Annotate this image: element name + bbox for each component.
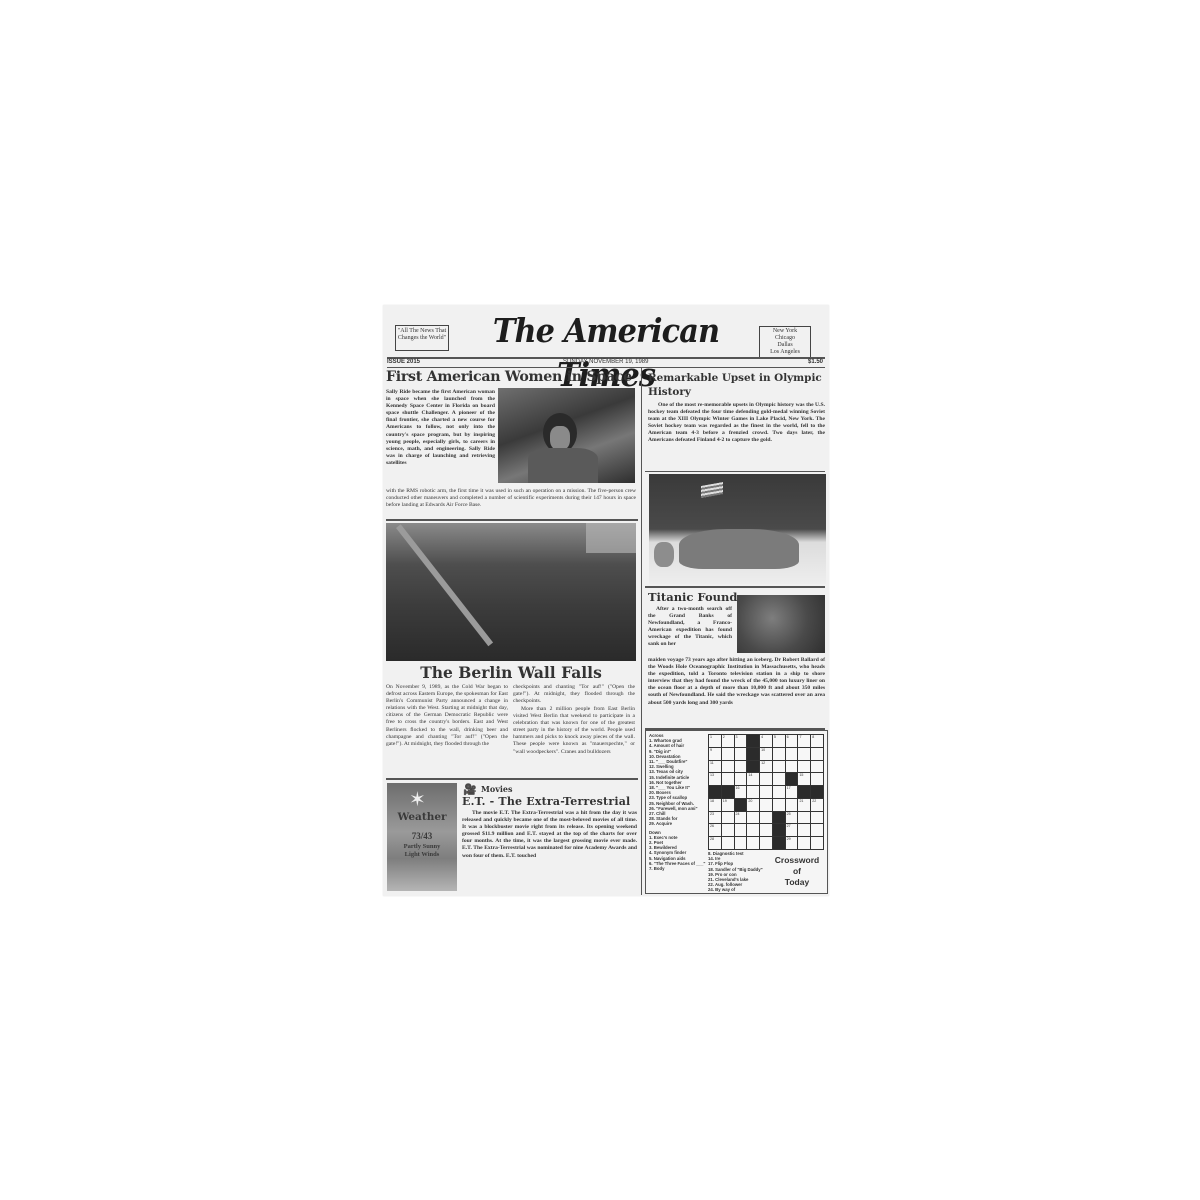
crossword-cell[interactable]: 9 [709,748,721,760]
crossword-across-clues: Across 1. Wharton grad4. Amount of hair9… [649,733,707,871]
issue-number: ISSUE 2015 [387,359,420,365]
crossword-cell[interactable] [760,773,772,785]
titanic-headline: Titanic Found [648,590,737,605]
issue-price: $1.50 [808,359,823,365]
crossword-cell[interactable] [722,837,734,849]
crossword-black-cell [786,773,798,785]
crossword-cell[interactable] [722,748,734,760]
crossword-cell[interactable] [786,761,798,773]
berlin-body-col1: On November 9, 1989, as the Cold War beg… [386,684,508,748]
crossword-cell[interactable] [798,761,810,773]
crossword-box: Across 1. Wharton grad4. Amount of hair9… [645,730,828,894]
crossword-cell[interactable]: 5 [773,735,785,747]
city: Chicago [760,335,810,342]
movies-section-label: Movies [481,784,512,794]
crossword-cell[interactable]: 1 [709,735,721,747]
crossword-cell[interactable]: 23 [709,812,721,824]
crossword-cell[interactable]: 3 [735,735,747,747]
crossword-cell[interactable] [773,748,785,760]
crossword-grid[interactable]: 1234567891011121314151617181920212223242… [708,734,824,850]
titanic-body-top: After a two-month search off the Grand B… [648,606,732,649]
crossword-black-cell [747,735,759,747]
crossword-black-cell [747,748,759,760]
section-rule [386,519,638,521]
crossword-cell[interactable] [735,824,747,836]
space-headline: First American Women in Space [386,368,638,386]
crossword-black-cell [811,786,823,798]
crossword-cell[interactable] [786,748,798,760]
olympic-headline: Remarkable Upset in Olympic History [648,371,826,399]
across-list: 1. Wharton grad4. Amount of hair9. "Dig … [649,738,707,826]
berlin-headline: The Berlin Wall Falls [386,663,636,683]
crossword-black-cell [747,761,759,773]
crossword-cell[interactable]: 6 [786,735,798,747]
crossword-cell[interactable] [773,773,785,785]
crossword-cell[interactable]: 8 [811,735,823,747]
crossword-cell[interactable]: 20 [747,799,759,811]
weather-wind: Light Winds [387,851,457,858]
crossword-cell[interactable]: 24 [735,812,747,824]
crossword-cell[interactable]: 13 [709,773,721,785]
crossword-cell[interactable]: 18 [709,799,721,811]
crossword-cell[interactable]: 16 [735,786,747,798]
crossword-cell[interactable] [760,812,772,824]
weather-title: Weather [387,811,457,823]
crossword-cell[interactable] [798,748,810,760]
movie-headline: E.T. - The Extra-Terrestrial [462,795,638,809]
crossword-cell[interactable] [811,824,823,836]
across-clue: 29. Acquire [649,821,707,826]
space-body-top: Sally Ride became the first American wom… [386,389,495,467]
column-divider [641,368,642,895]
crossword-cell[interactable]: 7 [798,735,810,747]
down-list: 1. Exec's note2. Poet3. Bewildered4. Syn… [649,835,707,871]
crossword-cell[interactable] [811,748,823,760]
city: New York [760,328,810,335]
issue-date: SUNDAY NOVEMBER 19, 1989 [563,359,648,365]
cities-box: New York Chicago Dallas Los Angeles [759,326,811,358]
crossword-cell[interactable]: 19 [722,799,734,811]
crossword-cell[interactable] [735,773,747,785]
crossword-cell[interactable]: 10 [760,748,772,760]
city: Dallas [760,342,810,349]
crossword-cell[interactable] [722,761,734,773]
crossword-black-cell [722,786,734,798]
crossword-cell[interactable] [798,824,810,836]
crossword-cell[interactable] [798,812,810,824]
crossword-cell[interactable] [735,761,747,773]
slogan-box: "All The News That Changes the World" [395,325,449,351]
section-rule [386,778,638,780]
astronaut-photo [498,388,635,483]
crossword-cell[interactable] [722,773,734,785]
crossword-black-cell [709,786,721,798]
crossword-cell[interactable] [760,799,772,811]
section-rule [645,586,825,588]
space-body-bottom: with the RMS robotic arm, the first time… [386,488,636,509]
weather-temps: 73/43 [387,831,457,841]
crossword-cell[interactable]: 22 [811,799,823,811]
crossword-cell[interactable] [773,799,785,811]
crossword-cell[interactable]: 15 [798,773,810,785]
crossword-cell[interactable]: 17 [786,786,798,798]
crossword-cell[interactable] [747,824,759,836]
crossword-cell[interactable] [760,837,772,849]
crossword-cell[interactable]: 2 [722,735,734,747]
crossword-cell[interactable] [811,761,823,773]
crossword-cell[interactable]: 12 [760,761,772,773]
crossword-cell[interactable]: 14 [747,773,759,785]
crossword-cell[interactable] [722,824,734,836]
crossword-cell[interactable] [760,786,772,798]
newspaper-page: "All The News That Changes the World" Th… [383,305,829,896]
berlin-wall-photo [386,523,636,661]
crossword-black-cell [773,837,785,849]
crossword-black-cell [735,799,747,811]
crossword-cell[interactable]: 26 [709,824,721,836]
movie-body: The movie E.T. The Extra-Terrestrial was… [462,810,637,860]
crossword-cell[interactable] [747,812,759,824]
crossword-cell[interactable] [760,824,772,836]
crossword-cell[interactable]: 28 [709,837,721,849]
weather-condition: Partly Sunny [387,843,457,850]
titanic-body-bottom: maiden voyage 73 years ago after hitting… [648,657,825,707]
crossword-cell[interactable] [811,837,823,849]
crossword-cell[interactable] [747,837,759,849]
crossword-cell[interactable] [722,812,734,824]
crossword-cell[interactable] [735,837,747,849]
berlin-body-col2b: More than 2 million people from East Ber… [513,706,635,756]
sun-icon: ✶ [409,787,426,812]
crossword-cell[interactable] [811,812,823,824]
crossword-title: Crossword of Today [768,855,826,888]
crossword-cell[interactable] [786,799,798,811]
crossword-cell[interactable] [735,748,747,760]
crossword-down-clues-cont: 8. Diagnostic test14. Ire17. Flip Flop18… [708,851,768,893]
hockey-photo [649,474,826,584]
weather-box: ✶ Weather 73/43 Partly Sunny Light Winds [387,783,457,891]
titanic-wreck-photo [737,595,825,653]
berlin-body-col2a: checkpoints and chanting "Tor auf!" ("Op… [513,684,635,705]
crossword-cell[interactable] [773,786,785,798]
crossword-cell[interactable]: 25 [786,812,798,824]
crossword-cell[interactable] [798,837,810,849]
crossword-cell[interactable]: 21 [798,799,810,811]
down-clue: 24. By way of [708,887,768,892]
crossword-cell[interactable]: 11 [709,761,721,773]
crossword-cell[interactable] [811,773,823,785]
section-rule [645,471,825,472]
crossword-black-cell [773,812,785,824]
crossword-cell[interactable] [747,786,759,798]
olympic-body: One of the most re-memorable upsets in O… [648,402,825,445]
crossword-cell[interactable]: 27 [786,824,798,836]
crossword-black-cell [773,824,785,836]
crossword-cell[interactable]: 4 [760,735,772,747]
crossword-black-cell [798,786,810,798]
city: Los Angeles [760,349,810,356]
crossword-cell[interactable] [773,761,785,773]
crossword-cell[interactable]: 29 [786,837,798,849]
down-clue: 7. Body [649,866,707,871]
